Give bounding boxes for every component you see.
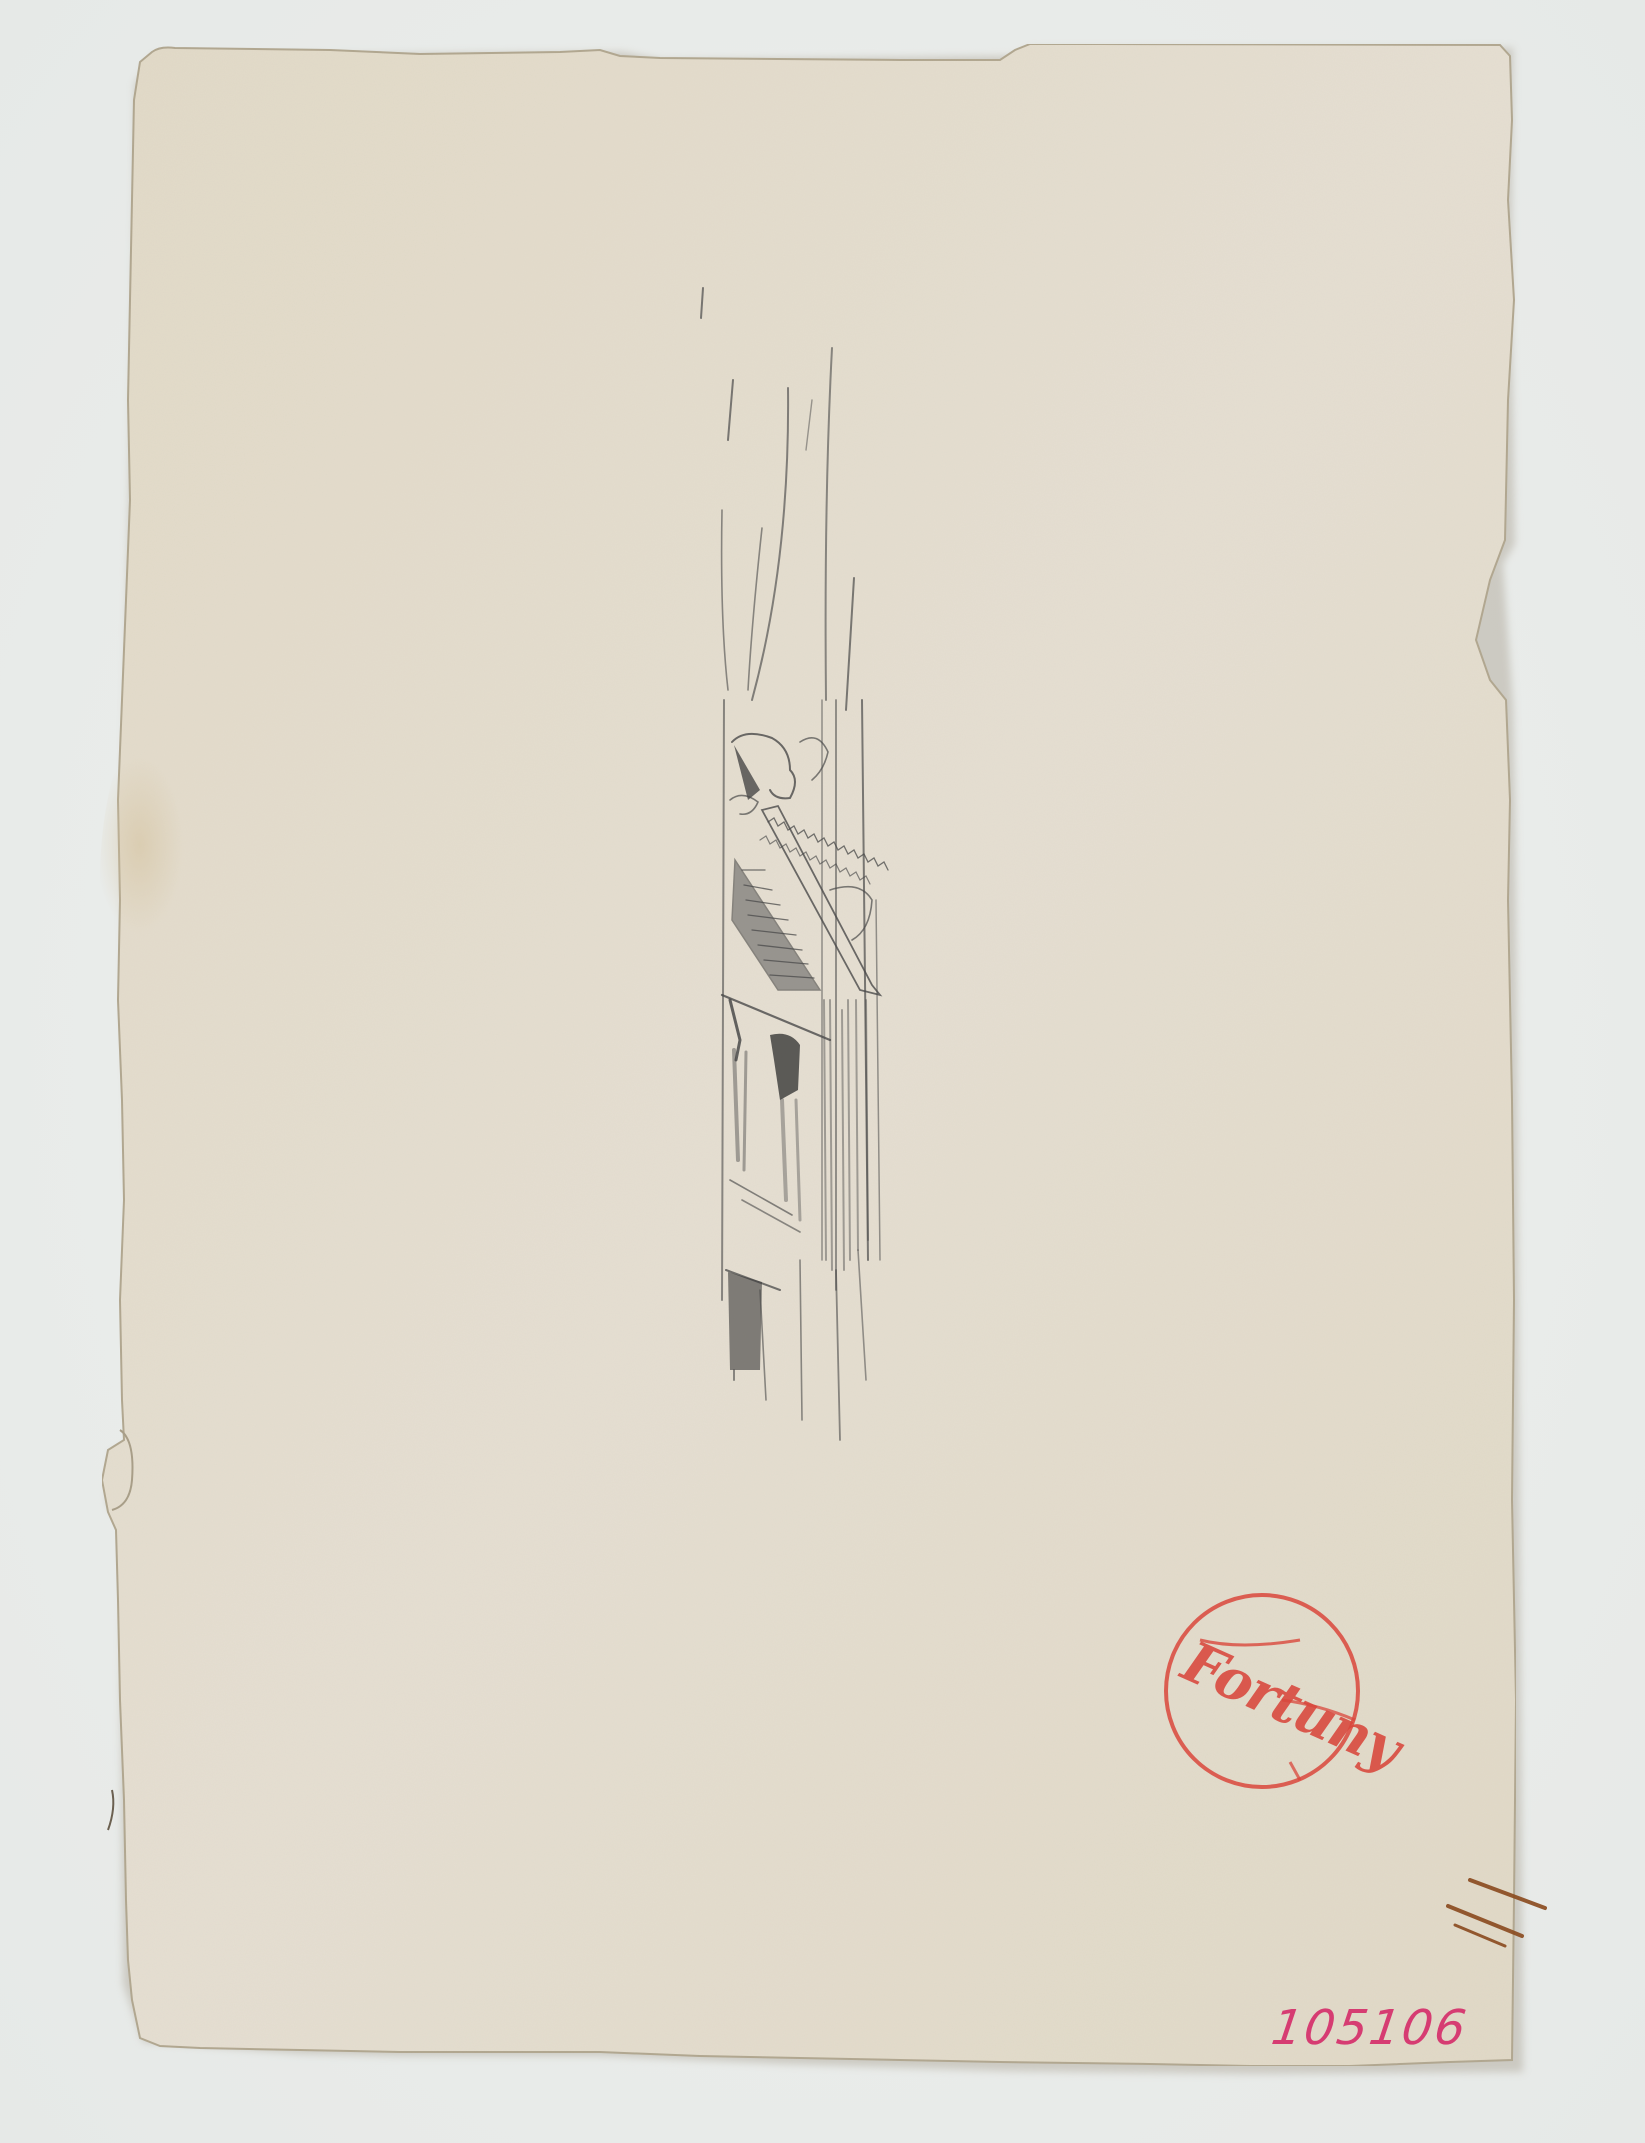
paper [102, 44, 1516, 2066]
artwork-scan: Fortuny 105106 [0, 0, 1645, 2143]
paper-sheet [0, 0, 1645, 2143]
foxing-stain [100, 660, 320, 1100]
edge-tear [108, 1790, 113, 1830]
inventory-number: 105106 [1268, 2000, 1471, 2056]
